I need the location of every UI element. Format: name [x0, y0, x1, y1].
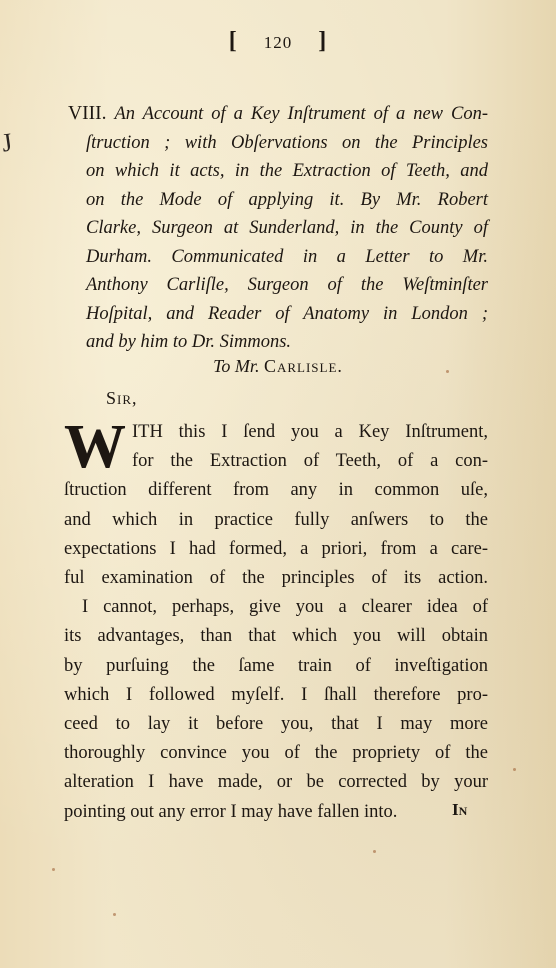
body-line: by purſuing the ſame train of inveſtigat…	[64, 652, 488, 681]
title-line-2: ſtruction ; with Obſervations on the Pri…	[86, 129, 488, 158]
body-line: for the Extraction of Teeth, of a con-	[64, 447, 488, 476]
article-title: VIII. An Account of a Key Inſtrument of …	[68, 100, 488, 357]
paragraph-2: I cannot, perhaps, give you a clearer id…	[64, 593, 488, 827]
paper-speck	[113, 913, 116, 916]
margin-pencil-mark: J	[0, 127, 14, 158]
body-line: ceed to lay it before you, that I may mo…	[64, 710, 488, 739]
title-line-3: on which it acts, in the Extraction of T…	[86, 157, 488, 186]
body-line: ful examination of the principles of its…	[64, 564, 488, 593]
section-numeral: VIII.	[68, 103, 106, 124]
title-line-9: and by him to Dr. Simmons.	[86, 328, 488, 357]
title-line-7: Anthony Carliſle, Surgeon of the Weſtmin…	[86, 271, 488, 300]
page-number: 120	[264, 33, 293, 52]
title-line-4: on the Mode of applying it. By Mr. Rober…	[86, 186, 488, 215]
body-line: thoroughly convince you of the propriety…	[64, 739, 488, 768]
body-line: pointing out any error I may have fallen…	[64, 798, 488, 827]
paper-speck	[446, 370, 449, 373]
paragraph-1: W ITH this I ſend you a Key Inſtrument, …	[64, 418, 488, 593]
body-line: and which in practice fully anſwers to t…	[64, 506, 488, 535]
drop-cap: W	[64, 422, 126, 472]
salutation: Sir,	[106, 388, 138, 409]
body-line: which I followed myſelf. I ſhall therefo…	[64, 681, 488, 710]
body-line: alteration I have made, or be corrected …	[64, 768, 488, 797]
body-line: ſtruction different from any in common u…	[64, 476, 488, 505]
title-line-6: Durham. Communicated in a Letter to Mr.	[86, 243, 488, 272]
body-line: expectations I had formed, a priori, fro…	[64, 535, 488, 564]
paper-speck	[373, 850, 376, 853]
addressee-name: Carlisle.	[264, 356, 343, 376]
title-line-8: Hoſpital, and Reader of Anatomy in Londo…	[86, 300, 488, 329]
body-line: I cannot, perhaps, give you a clearer id…	[64, 593, 488, 622]
bracket-left: [	[229, 28, 238, 54]
page-header: [ 120 ]	[0, 28, 556, 55]
letter-addressee: To Mr. Carlisle.	[0, 356, 556, 377]
paper-speck	[513, 768, 516, 771]
body-line: ITH this I ſend you a Key Inſtrument,	[64, 418, 488, 447]
addressee-prefix: To Mr.	[213, 356, 259, 376]
catchword: In	[452, 800, 467, 820]
title-line-5: Clarke, Surgeon at Sunderland, in the Co…	[86, 214, 488, 243]
title-line-1: VIII. An Account of a Key Inſtrument of …	[68, 100, 488, 129]
letter-body: W ITH this I ſend you a Key Inſtrument, …	[64, 418, 488, 827]
paper-speck	[52, 868, 55, 871]
body-line: its advantages, than that which you will…	[64, 622, 488, 651]
bracket-right: ]	[318, 28, 327, 54]
book-page: [ 120 ] J VIII. An Account of a Key Inſt…	[0, 0, 556, 968]
